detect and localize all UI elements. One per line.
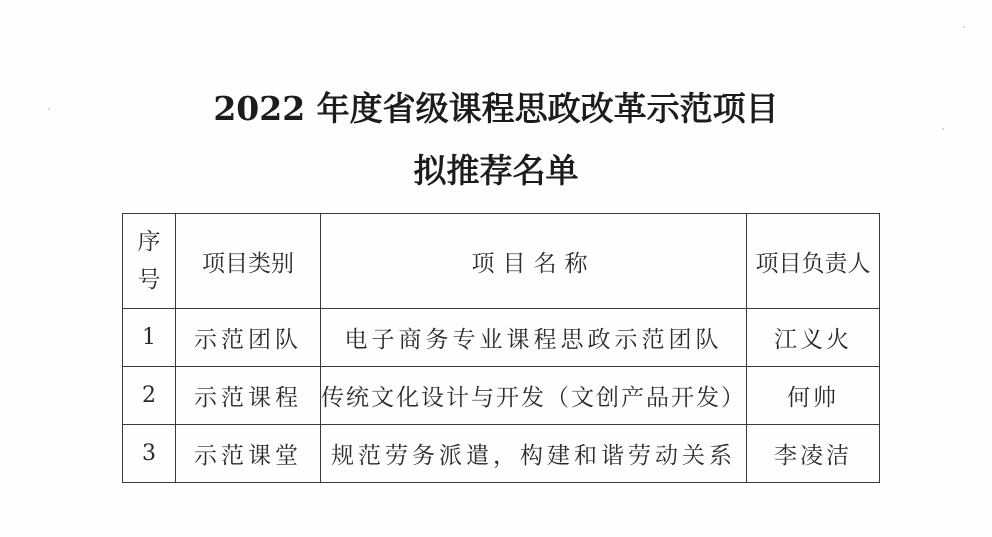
header-name: 项目名称 xyxy=(321,214,747,309)
cell-category: 示范课堂 xyxy=(176,425,321,483)
table-row: 2 示范课程 传统文化设计与开发（文创产品开发） 何帅 xyxy=(123,367,880,425)
cell-seq: 1 xyxy=(123,309,176,367)
cell-seq: 3 xyxy=(123,425,176,483)
scan-speck xyxy=(942,128,944,130)
header-seq: 序 号 xyxy=(123,214,176,309)
header-seq-line-1: 序 xyxy=(123,223,175,261)
scan-speck xyxy=(963,26,965,28)
document-page: 2022 年度省级课程思政改革示范项目 拟推荐名单 序 号 项目类别 项目名称 … xyxy=(0,0,992,537)
document-title-line-1: 2022 年度省级课程思政改革示范项目 xyxy=(0,83,992,130)
table-row: 3 示范课堂 规范劳务派遣，构建和谐劳动关系 李凌洁 xyxy=(123,425,880,483)
cell-seq: 2 xyxy=(123,367,176,425)
cell-category: 示范课程 xyxy=(176,367,321,425)
cell-leader: 李凌洁 xyxy=(747,425,880,483)
cell-name: 电子商务专业课程思政示范团队 xyxy=(321,309,747,367)
cell-category: 示范团队 xyxy=(176,309,321,367)
recommendation-table: 序 号 项目类别 项目名称 项目负责人 1 示范团队 电子商务专业课程思政示范团… xyxy=(122,213,880,483)
table-header-row: 序 号 项目类别 项目名称 项目负责人 xyxy=(123,214,880,309)
header-seq-line-2: 号 xyxy=(123,261,175,299)
cell-name: 传统文化设计与开发（文创产品开发） xyxy=(321,367,747,425)
cell-leader: 江义火 xyxy=(747,309,880,367)
scan-speck xyxy=(48,108,50,110)
header-leader: 项目负责人 xyxy=(747,214,880,309)
cell-name: 规范劳务派遣，构建和谐劳动关系 xyxy=(321,425,747,483)
document-title-line-2: 拟推荐名单 xyxy=(0,145,992,192)
cell-leader: 何帅 xyxy=(747,367,880,425)
table-row: 1 示范团队 电子商务专业课程思政示范团队 江义火 xyxy=(123,309,880,367)
header-category: 项目类别 xyxy=(176,214,321,309)
